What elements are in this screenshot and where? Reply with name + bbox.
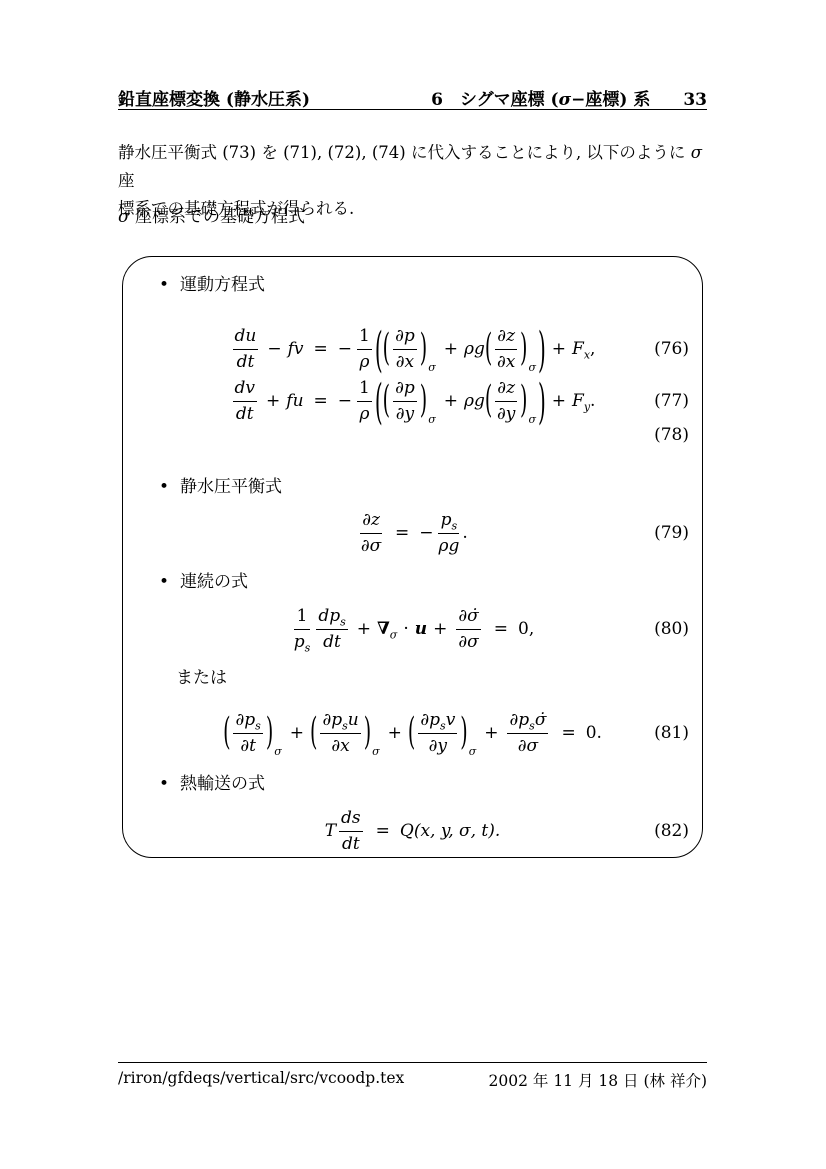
plus-operator: + (444, 391, 458, 411)
equation-80: 1ps dpsdt + ∇σ · u + ∂σ̇∂σ = 0, (80) (123, 601, 702, 657)
fraction: dpsdt (316, 606, 347, 652)
plus-operator: + (444, 339, 458, 359)
fraction: ∂p∂y (393, 378, 417, 424)
zero-term: 0. (586, 723, 602, 743)
open-paren: ( (383, 330, 390, 367)
open-paren: ( (408, 714, 415, 751)
fraction: ∂psu∂x (320, 710, 360, 756)
fraction: dudt (233, 326, 259, 372)
equation-81: ( ∂ps∂t ) σ + ( ∂psu∂x ) σ + ( ∂psv∂y ) … (123, 705, 702, 761)
fraction: ∂p∂x (393, 326, 417, 372)
equation-number-76: (76) (654, 339, 689, 359)
minus-operator: − (267, 339, 281, 359)
open-paren: ( (375, 325, 383, 373)
equation-number-77: (77) (654, 391, 689, 411)
close-paren: ) (520, 330, 527, 367)
fraction: ∂z∂y (495, 378, 517, 424)
temperature-term: T (325, 821, 336, 841)
sigma-symbol: σ (118, 207, 130, 227)
nabla-term: ∇σ (377, 619, 397, 639)
fraction: ∂psσ̇∂σ (507, 710, 548, 756)
close-paren: ) (538, 325, 546, 373)
minus-sign: − (338, 391, 352, 411)
sigma-subscript: σ (469, 745, 477, 758)
equation-78: (78) (123, 423, 702, 447)
minus-sign: − (338, 339, 352, 359)
fraction: psρg (438, 510, 459, 556)
equals-sign: = (494, 619, 508, 639)
minus-sign: − (419, 523, 433, 543)
fraction: dvdt (233, 378, 258, 424)
bullet-hydrostatic: •静水圧平衡式 (159, 472, 282, 497)
bullet-icon: • (159, 275, 169, 295)
close-paren: ) (420, 382, 427, 419)
force-term: Fx, (572, 339, 595, 359)
close-paren: ) (520, 382, 527, 419)
dot-operator: · (403, 619, 408, 639)
heating-term: Q(x, y, σ, t). (400, 821, 500, 841)
plus-operator: + (484, 723, 498, 743)
plus-operator: + (552, 339, 566, 359)
or-text: または (176, 663, 227, 688)
page-footer: /riron/gfdeqs/vertical/src/vcoodp.tex 20… (118, 1069, 707, 1091)
close-paren: ) (266, 714, 273, 751)
bullet-label: 熱輸送の式 (180, 774, 265, 794)
zero-term: 0, (518, 619, 534, 639)
bullet-continuity: •連続の式 (159, 567, 248, 592)
equals-sign: = (314, 391, 328, 411)
velocity-vector: u (415, 619, 427, 639)
equation-82: T dsdt = Q(x, y, σ, t). (82) (123, 803, 702, 859)
equation-77: dvdt + fu = − 1ρ ( ( ∂p∂y ) σ + ρg ( ∂z∂… (123, 373, 702, 429)
fraction: 1ρ (357, 378, 372, 424)
plus-operator: + (266, 391, 280, 411)
fraction: ∂z∂x (495, 326, 517, 372)
sigma-symbol: σ (691, 143, 702, 162)
plus-operator: + (290, 723, 304, 743)
bullet-icon: • (159, 477, 169, 497)
page-header: 鉛直座標変換 (静水圧系) 6 シグマ座標 (σ−座標) 系 33 (118, 85, 707, 110)
equation-number-78: (78) (654, 425, 689, 445)
close-paren: ) (364, 714, 371, 751)
open-paren: ( (223, 714, 230, 751)
header-right: 6 シグマ座標 (σ−座標) 系 33 (431, 85, 707, 110)
plus-operator: + (388, 723, 402, 743)
math-term: fu (286, 391, 303, 411)
fraction: ∂ps∂t (233, 710, 262, 756)
equals-sign: = (314, 339, 328, 359)
header-page-number: 33 (683, 90, 707, 110)
bullet-label: 運動方程式 (180, 275, 265, 295)
force-term: Fy. (572, 391, 595, 411)
close-paren: ) (420, 330, 427, 367)
equation-number-82: (82) (654, 821, 689, 841)
header-rule (118, 109, 707, 110)
equation-79: ∂z∂σ = − psρg . (79) (123, 505, 702, 561)
bullet-thermo: •熱輸送の式 (159, 769, 265, 794)
close-paren: ) (460, 714, 467, 751)
open-paren: ( (485, 382, 492, 419)
fraction: 1ρ (357, 326, 372, 372)
header-section-title: シグマ座標 (σ−座標) 系 (460, 85, 650, 110)
equals-sign: = (561, 723, 575, 743)
section-subheading: σ 座標系での基礎方程式 (118, 202, 305, 227)
equation-number-79: (79) (654, 523, 689, 543)
equation-number-81: (81) (654, 723, 689, 743)
fraction: ∂psv∂y (418, 710, 457, 756)
open-paren: ( (383, 382, 390, 419)
close-paren: ) (538, 377, 546, 425)
footer-rule (118, 1062, 707, 1063)
bullet-icon: • (159, 572, 169, 592)
footer-file-path: /riron/gfdeqs/vertical/src/vcoodp.tex (118, 1069, 404, 1091)
bullet-motion: •運動方程式 (159, 270, 265, 295)
header-left-title: 鉛直座標変換 (静水圧系) (118, 85, 310, 110)
plus-operator: + (357, 619, 371, 639)
footer-date-author: 2002 年 11 月 18 日 (林 祥介) (489, 1069, 707, 1091)
open-paren: ( (310, 714, 317, 751)
punctuation: . (462, 523, 467, 543)
nabla-icon: ∇ (377, 619, 390, 639)
math-term: ρg (464, 339, 485, 359)
sigma-subscript: σ (372, 745, 380, 758)
equation-76: dudt − fv = − 1ρ ( ( ∂p∂x ) σ + ρg ( ∂z∂… (123, 321, 702, 377)
open-paren: ( (375, 377, 383, 425)
fraction: 1ps (294, 606, 311, 652)
math-term: fv (288, 339, 304, 359)
sigma-subscript: σ (274, 745, 282, 758)
equation-box: •運動方程式 dudt − fv = − 1ρ ( ( ∂p∂x ) σ + ρ… (122, 256, 703, 858)
equals-sign: = (376, 821, 390, 841)
fraction: dsdt (339, 808, 363, 854)
document-page: 鉛直座標変換 (静水圧系) 6 シグマ座標 (σ−座標) 系 33 静水圧平衡式… (0, 0, 826, 1169)
equation-number-80: (80) (654, 619, 689, 639)
bullet-label: 連続の式 (180, 572, 248, 592)
plus-operator: + (433, 619, 447, 639)
bullet-label: 静水圧平衡式 (180, 477, 282, 497)
equals-sign: = (395, 523, 409, 543)
header-section-number: 6 (431, 90, 443, 110)
sigma-symbol: σ (559, 90, 572, 110)
math-term: ρg (464, 391, 485, 411)
fraction: ∂σ̇∂σ (456, 606, 480, 652)
plus-operator: + (552, 391, 566, 411)
open-paren: ( (485, 330, 492, 367)
bullet-icon: • (159, 774, 169, 794)
fraction: ∂z∂σ (360, 510, 382, 556)
